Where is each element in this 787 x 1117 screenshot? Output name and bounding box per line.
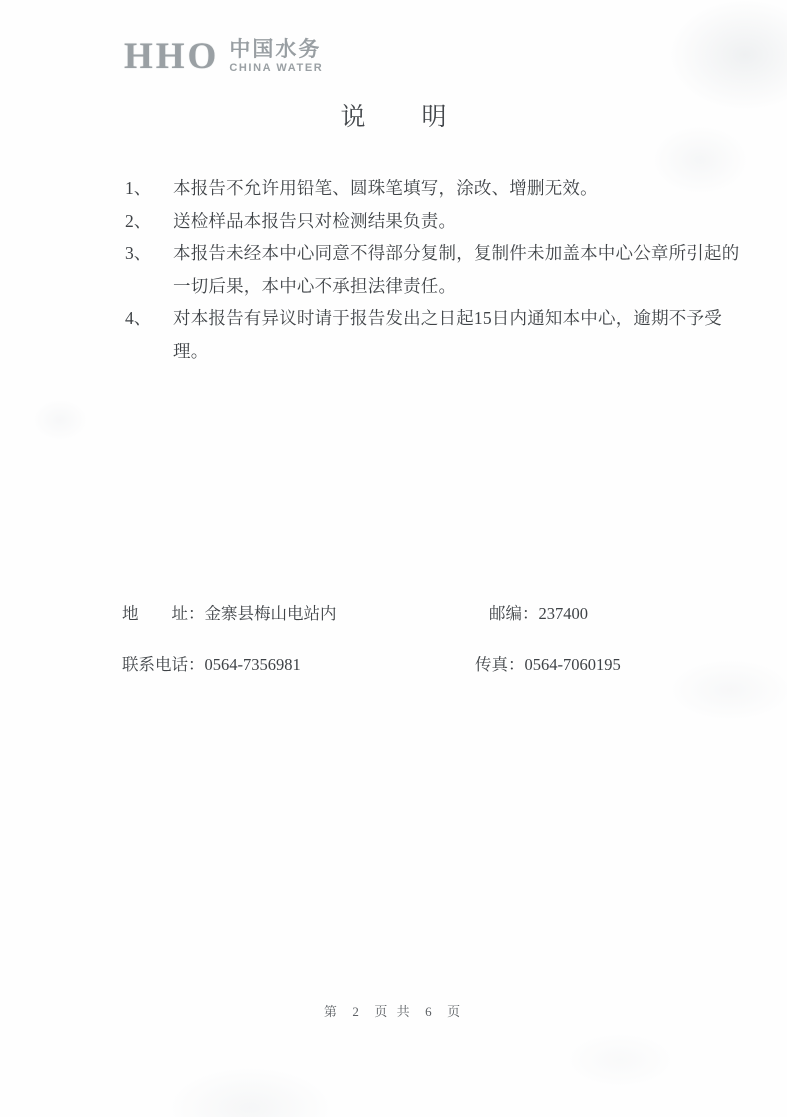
logo-brand-text: HHO — [124, 38, 219, 75]
note-line: 一切后果，本中心不承担法律责任。 — [173, 270, 739, 303]
note-line: 本报告未经本中心同意不得部分复制，复制件未加盖本中心公章所引起的 — [173, 237, 739, 270]
notes-list: 1、 本报告不允许用铅笔、圆珠笔填写，涂改、增删无效。 2、 送检样品本报告只对… — [125, 172, 687, 367]
note-item-4: 4、 对本报告有异议时请于报告发出之日起15日内通知本中心，逾期不予受 理。 — [125, 302, 687, 367]
address-text: 地 址：金寨县梅山电站内 — [122, 600, 475, 624]
page-number-indicator: 第 2 页 共 6 页 — [0, 1001, 787, 1020]
page-title-char-right: 明 — [422, 97, 447, 133]
contact-block: 地 址：金寨县梅山电站内 邮编：237400 联系电话：0564-7356981… — [122, 600, 677, 702]
note-number: 4、 — [125, 302, 173, 335]
fax-text: 传真：0564-7060195 — [475, 651, 677, 675]
contact-row-address: 地 址：金寨县梅山电站内 邮编：237400 — [122, 600, 677, 624]
note-item-1: 1、 本报告不允许用铅笔、圆珠笔填写，涂改、增删无效。 — [125, 172, 687, 205]
logo-chinese-name: 中国水务 — [229, 39, 323, 60]
note-text: 送检样品本报告只对检测结果负责。 — [173, 205, 687, 238]
contact-row-phone: 联系电话：0564-7356981 传真：0564-7060195 — [122, 651, 677, 675]
note-number: 1、 — [125, 172, 173, 205]
note-text: 本报告不允许用铅笔、圆珠笔填写，涂改、增删无效。 — [173, 172, 687, 205]
note-line: 理。 — [173, 335, 722, 368]
logo-name-block: 中国水务 CHINA WATER — [229, 39, 323, 74]
note-text: 对本报告有异议时请于报告发出之日起15日内通知本中心，逾期不予受 理。 — [173, 302, 722, 367]
note-number: 3、 — [125, 237, 173, 270]
note-number: 2、 — [125, 205, 173, 238]
note-line: 对本报告有异议时请于报告发出之日起15日内通知本中心，逾期不予受 — [173, 302, 722, 335]
phone-text: 联系电话：0564-7356981 — [122, 651, 475, 675]
document-page: HHO 中国水务 CHINA WATER 说 明 1、 本报告不允许用铅笔、圆珠… — [0, 0, 787, 1117]
company-logo: HHO 中国水务 CHINA WATER — [124, 38, 323, 75]
note-line: 本报告不允许用铅笔、圆珠笔填写，涂改、增删无效。 — [173, 172, 687, 205]
page-title-char-left: 说 — [340, 97, 365, 133]
postcode-text: 邮编：237400 — [475, 600, 677, 624]
note-line: 送检样品本报告只对检测结果负责。 — [173, 205, 687, 238]
note-item-2: 2、 送检样品本报告只对检测结果负责。 — [125, 205, 687, 238]
note-text: 本报告未经本中心同意不得部分复制，复制件未加盖本中心公章所引起的 一切后果，本中… — [173, 237, 739, 302]
logo-english-name: CHINA WATER — [229, 63, 323, 74]
note-item-3: 3、 本报告未经本中心同意不得部分复制，复制件未加盖本中心公章所引起的 一切后果… — [125, 237, 687, 302]
page-title: 说 明 — [0, 97, 787, 133]
